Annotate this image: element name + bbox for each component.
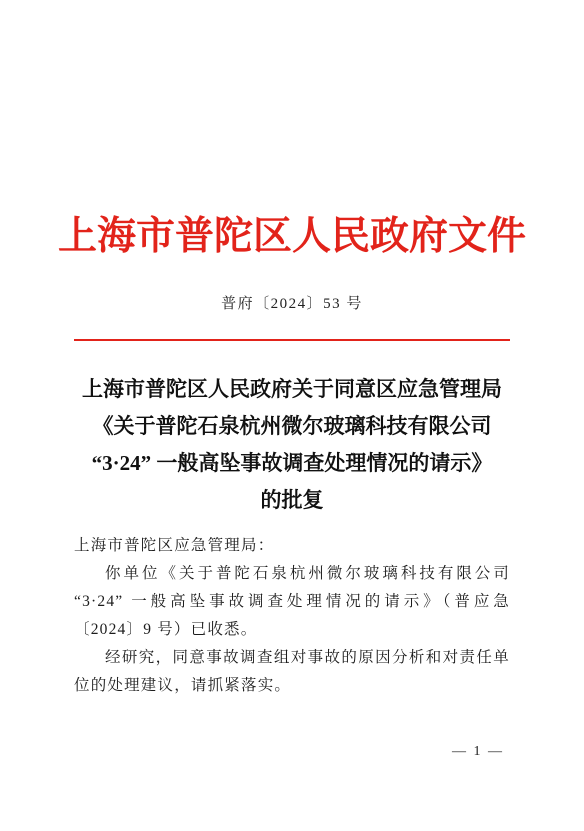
page-number: — 1 — [452,744,504,760]
salutation: 上海市普陀区应急管理局： [74,532,510,560]
body-paragraph-1: 你单位《关于普陀石泉杭州微尔玻璃科技有限公司 “3·24” 一般高坠事故调查处理… [74,560,510,644]
subject-line-1: 上海市普陀区人民政府关于同意区应急管理局 [40,371,544,408]
body-paragraph-2: 经研究，同意事故调查组对事故的原因分析和对责任单位的处理建议，请抓紧落实。 [74,644,510,700]
document-number: 普府〔2024〕53 号 [0,292,584,313]
document-body: 上海市普陀区应急管理局： 你单位《关于普陀石泉杭州微尔玻璃科技有限公司 “3·2… [74,532,510,700]
red-divider-line [74,339,510,341]
subject-line-4: 的批复 [40,482,544,519]
subject-line-3: “3·24” 一般高坠事故调查处理情况的请示》 [40,445,544,482]
document-banner-title: 上海市普陀区人民政府文件 [30,0,554,259]
subject-line-2: 《关于普陀石泉杭州微尔玻璃科技有限公司 [40,408,544,445]
document-page: 上海市普陀区人民政府文件 普府〔2024〕53 号 上海市普陀区人民政府关于同意… [0,0,584,831]
document-subject: 上海市普陀区人民政府关于同意区应急管理局 《关于普陀石泉杭州微尔玻璃科技有限公司… [40,371,544,519]
